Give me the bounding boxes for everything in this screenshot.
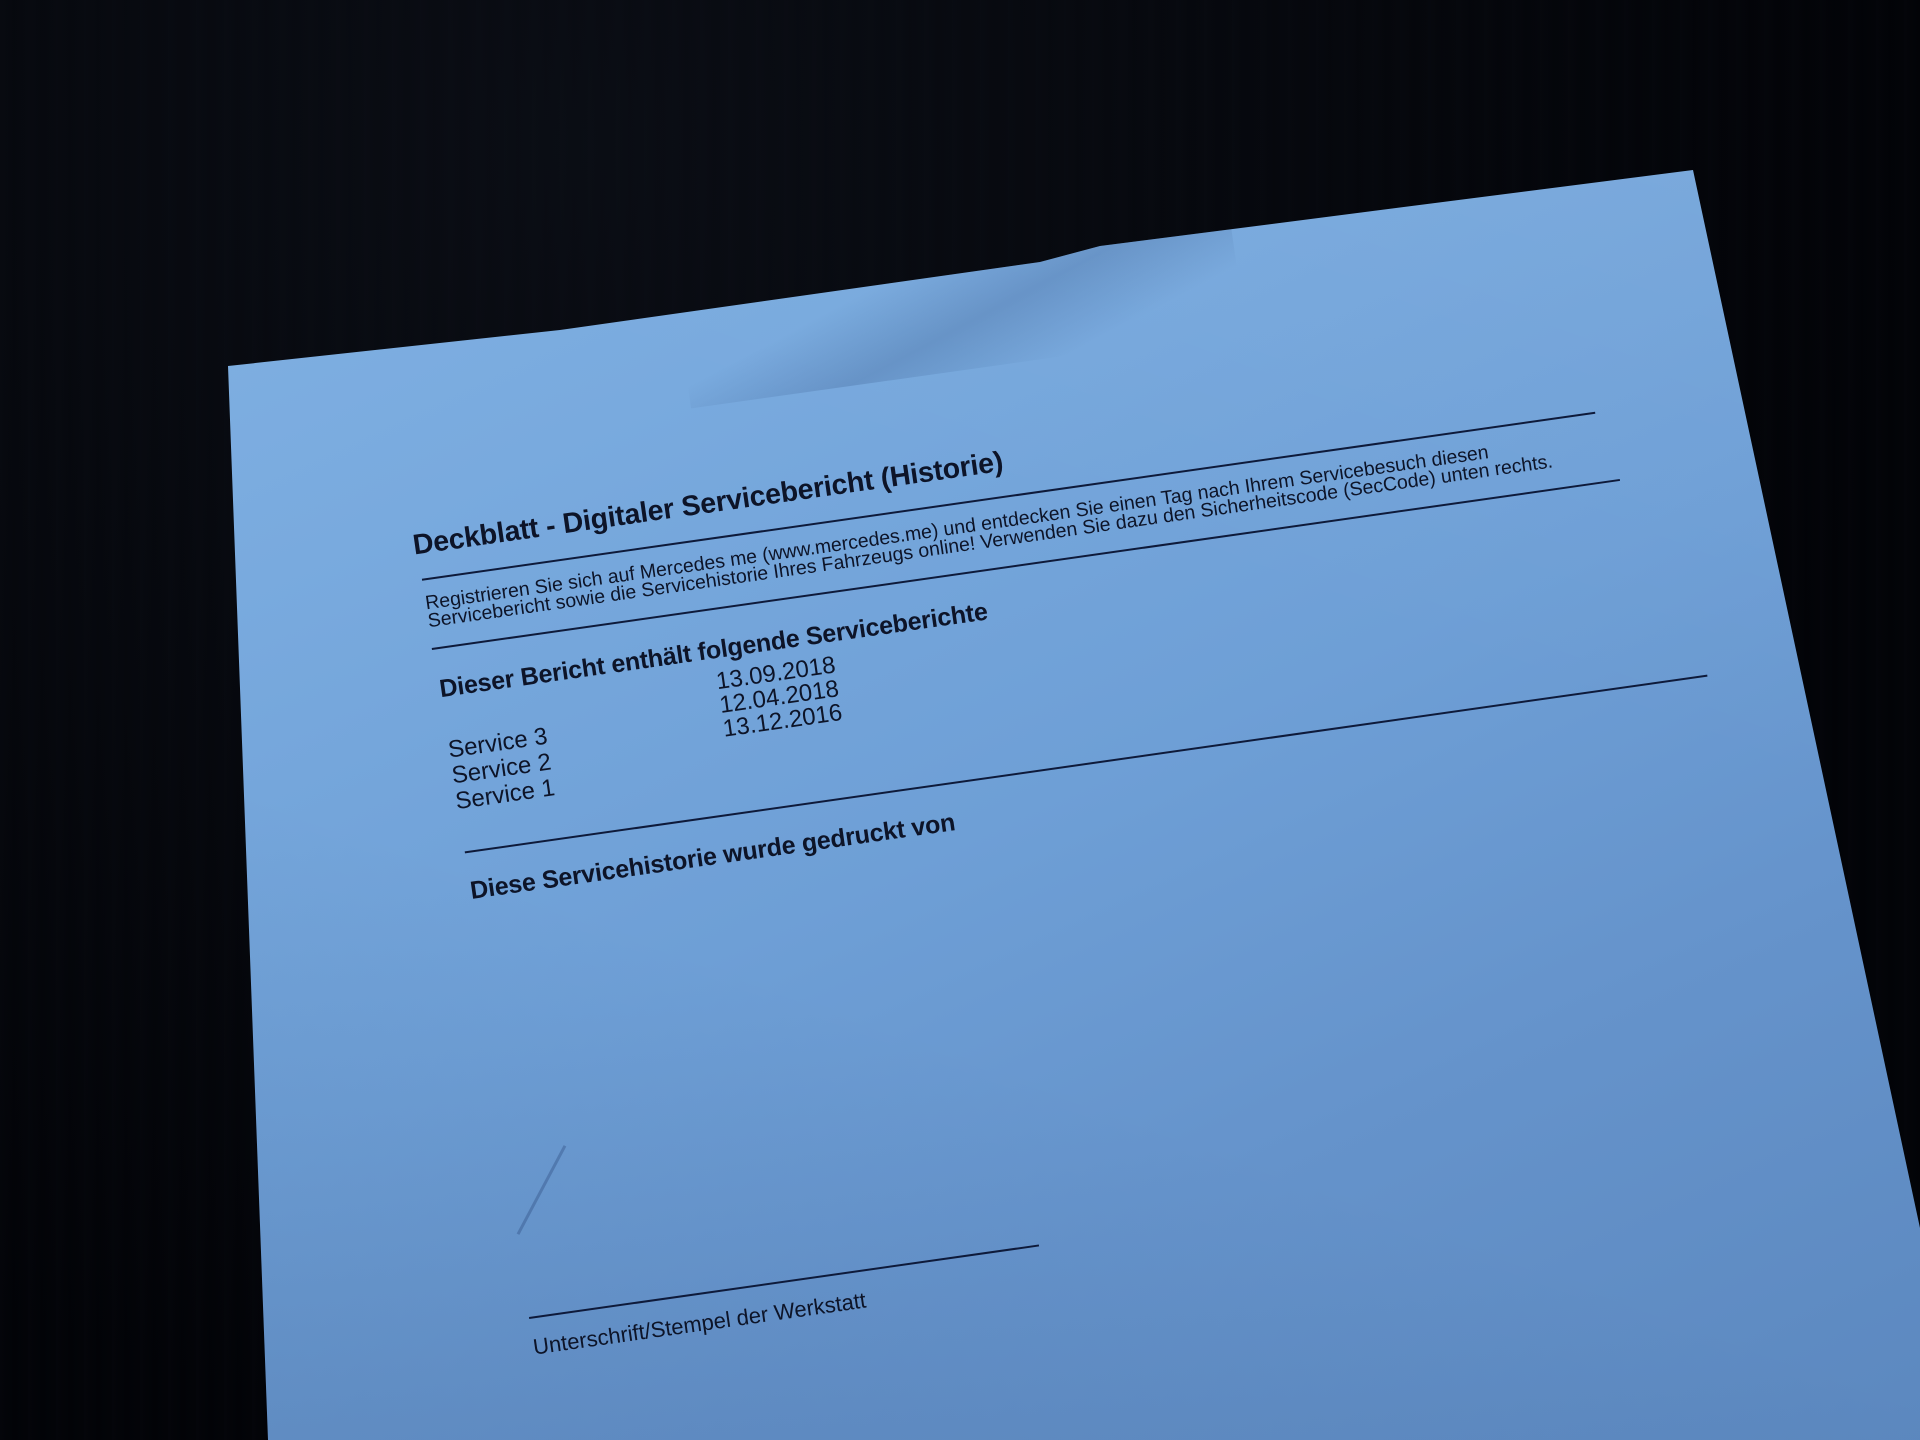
paper-crease [517,1145,567,1235]
